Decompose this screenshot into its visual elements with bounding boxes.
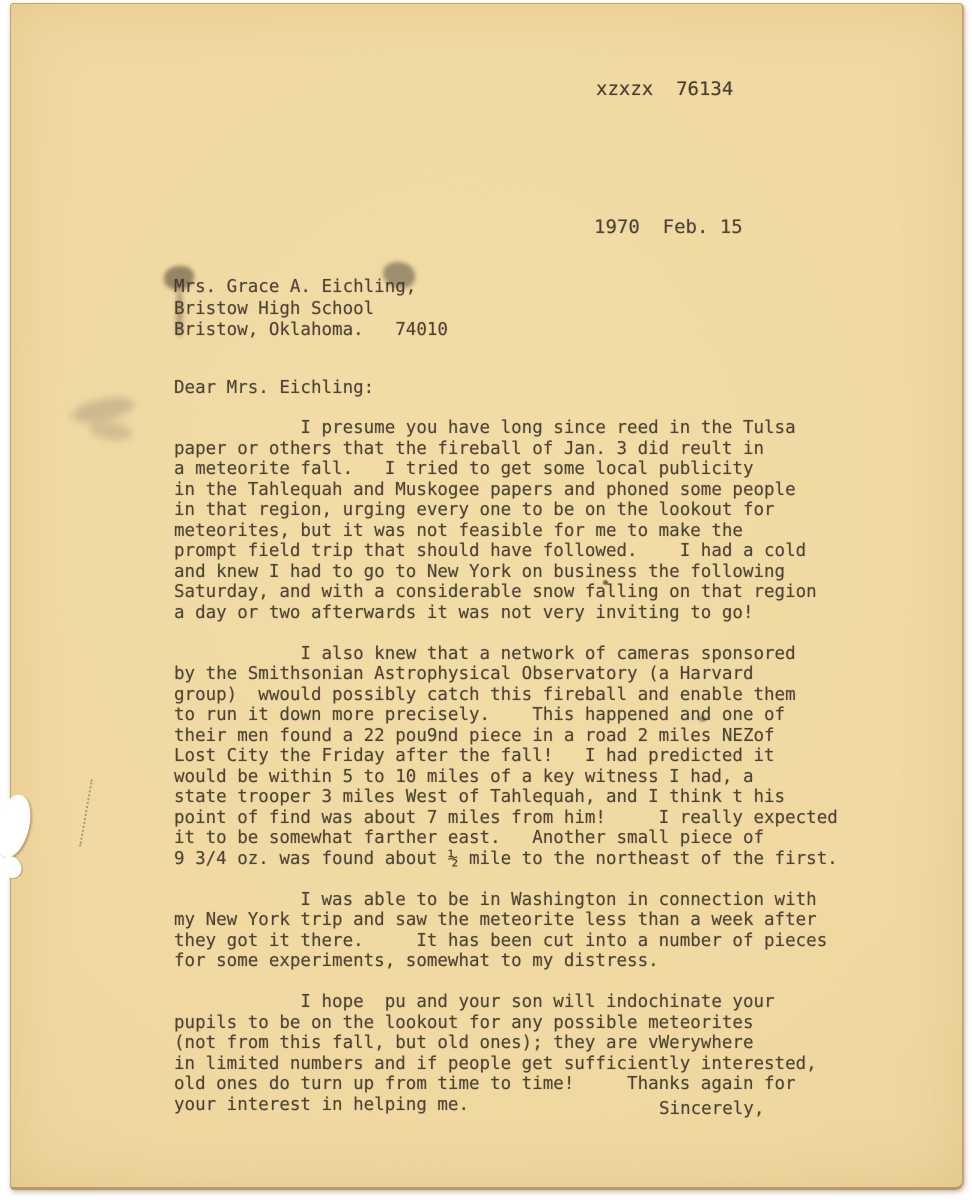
- closing-signature-line: Sincerely,: [659, 1099, 764, 1120]
- letter-body: I presume you have long since reed in th…: [174, 418, 838, 1115]
- salutation: Dear Mrs. Eichling:: [174, 378, 374, 399]
- scanned-letter-page: xzxzx 76134 1970 Feb. 15 Mrs. Grace A. E…: [0, 0, 972, 1200]
- scratch-mark: [79, 779, 93, 846]
- pencil-smudge: [88, 419, 134, 443]
- paper-edge-tear: [0, 791, 36, 861]
- reference-number: xzxzx 76134: [596, 78, 733, 100]
- date-line: 1970 Feb. 15: [594, 216, 743, 238]
- pencil-smudge: [69, 393, 136, 428]
- letter-paper: xzxzx 76134 1970 Feb. 15 Mrs. Grace A. E…: [10, 3, 964, 1190]
- recipient-address: Mrs. Grace A. Eichling, Bristow High Sch…: [174, 277, 448, 342]
- paper-edge-tear: [0, 854, 24, 880]
